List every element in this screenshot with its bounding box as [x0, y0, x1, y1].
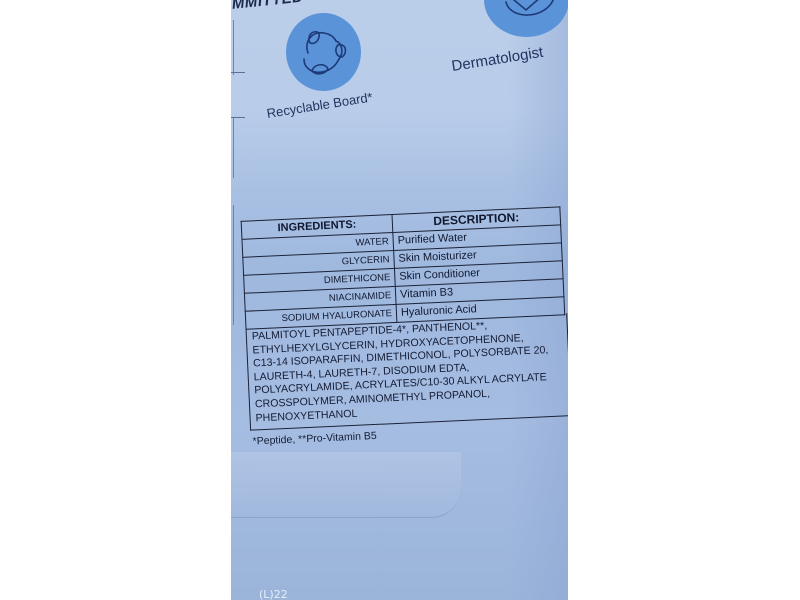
footnote: *Peptide, **Pro-Vitamin B5 [252, 430, 377, 448]
checkmark-shield-icon [484, 0, 568, 37]
dermatologist-badge [484, 0, 568, 37]
box-fold-edge [233, 205, 234, 325]
ingredients-table: INGREDIENTS: DESCRIPTION: WATER Purified… [241, 206, 566, 329]
box-flap-edge [231, 452, 461, 518]
box-fold-edge [233, 20, 234, 75]
recyclable-badge [286, 13, 361, 91]
box-fold-line [231, 72, 245, 73]
other-ingredients-box: PALMITOYL PENTAPEPTIDE-4*, PANTHENOL**, … [245, 313, 568, 431]
recycle-leaves-icon [286, 13, 361, 91]
box-fold-line [231, 117, 245, 118]
handwritten-mark: (L)22 [259, 588, 288, 600]
product-box-photo: MMITTED Recyclable Board* Dermatologist [231, 0, 568, 600]
box-fold-edge [233, 118, 234, 178]
ingredient-panel: INGREDIENTS: DESCRIPTION: WATER Purified… [237, 170, 568, 445]
